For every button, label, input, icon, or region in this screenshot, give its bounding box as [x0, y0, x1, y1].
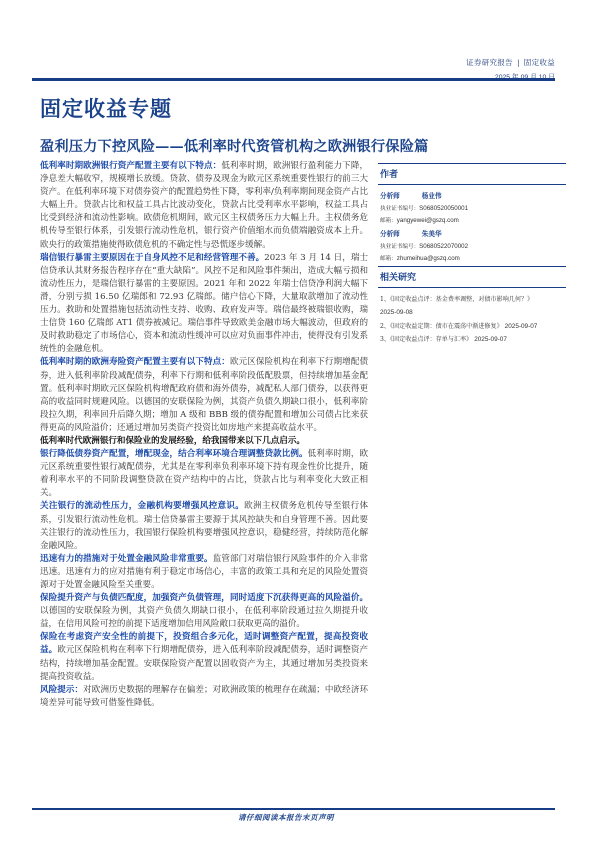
item-date: 2025-09-07: [505, 323, 538, 330]
summary-paragraph: 瑞信银行暴雷主要原因在于自身风控不足和经营管理不善。2023 年 3 月 14 …: [40, 252, 368, 357]
author-cert: 执业证书编号：S0680520050001: [380, 204, 564, 212]
paragraph-lead: 风险提示：: [40, 685, 83, 695]
header-divider: [32, 78, 555, 81]
item-index: 2、: [380, 323, 390, 330]
paragraph-text: 欧元区保险机构在利率下行期增配债券，进入低利率阶段减配债券，利率下行期和低利率阶…: [40, 357, 368, 432]
summary-paragraph: 低利率时期的欧洲寿险资产配置主要有以下特点：欧元区保险机构在利率下行期增配债券，…: [40, 356, 368, 435]
author-name-row: 分析师 朱美华: [380, 228, 564, 238]
paragraph-lead: 低利率时期的欧洲寿险资产配置主要有以下特点：: [40, 357, 230, 367]
item-title: 《固定收益点评：存单与汇率》: [390, 336, 472, 343]
cert-label: 执业证书编号：: [380, 206, 419, 212]
footer-divider: [32, 808, 555, 810]
summary-paragraph: 迅速有力的措施对于处置金融风险非常重要。监管部门对瑞信银行风险事件的介入非常迅速…: [40, 553, 368, 592]
paragraph-lead: 迅速有力的措施对于处置金融风险非常重要。: [40, 554, 213, 564]
summary-paragraph: 低利率时代欧洲银行和保险业的发展经验，给我国带来以下几点启示。: [40, 435, 368, 448]
report-type: 证券研究报告: [466, 58, 513, 67]
paragraph-lead: 瑞信银行暴雷主要原因在于自身风控不足和经营管理不善。: [40, 253, 264, 263]
cert-label: 执业证书编号：: [380, 244, 419, 250]
cert-number: S0680520050001: [419, 205, 468, 212]
related-research-item[interactable]: 2、《固定收益定期：债市在震荡中渐进修复》 2025-09-07: [380, 321, 564, 334]
related-research-item[interactable]: 1、《固定收益点评：基金费率调整，对债市影响几何？》2025-09-08: [380, 294, 564, 320]
author-name: 杨业伟: [422, 190, 442, 200]
email-link[interactable]: yangyewei@gszq.com: [397, 217, 459, 224]
summary-paragraph: 保险在考虑资产安全性的前提下，投资组合多元化，适时调整资产配置，提高投资收益。欧…: [40, 631, 368, 683]
email-link[interactable]: zhumeihua@gszq.com: [397, 255, 460, 262]
summary-paragraph: 关注银行的流动性压力，金融机构要增强风控意识。欧洲主权债务危机传导至银行体系，引…: [40, 500, 368, 552]
email-label: 邮箱：: [380, 256, 397, 262]
page-subtitle: 盈利压力下控风险——低利率时代资管机构之欧洲银行保险篇: [40, 136, 428, 156]
author-role: 分析师: [380, 190, 400, 200]
summary-paragraph: 风险提示：对欧洲历史数据的理解存在偏差；对欧洲政策的梳理存在疏漏；中欧经济环境差…: [40, 684, 368, 710]
paragraph-text: 低利率时期，欧洲银行盈利能力下降，净息差大幅收窄，规模增长放缓。贷款、债券及现金…: [40, 161, 368, 250]
item-title: 《固定收益点评：基金费率调整，对债市影响几何？》: [390, 296, 533, 303]
author-name-row: 分析师 杨业伟: [380, 190, 564, 200]
report-category: 固定收益: [524, 58, 555, 67]
item-index: 3、: [380, 336, 390, 343]
item-index: 1、: [380, 296, 390, 303]
author-cert: 执业证书编号：S0680522070002: [380, 242, 564, 250]
paragraph-lead: 保险提升资产与负债匹配度，加强资产负债管理，同时适度下沉获得更高的风险溢价。: [40, 593, 368, 603]
cert-number: S0680522070002: [419, 243, 468, 250]
sidebar: 作者 分析师 杨业伟 执业证书编号：S0680520050001 邮箱：yang…: [378, 163, 566, 348]
paragraph-text: 欧元区保险机构在利率下行期增配债券，进入低利率阶段减配债券，适时调整资产结构，持…: [40, 645, 368, 681]
paragraph-lead: 银行降低债券资产配置，增配现金，结合利率环境合理调整贷款比例。: [40, 449, 308, 459]
page-title: 固定收益专题: [40, 93, 172, 123]
author-name: 朱美华: [422, 228, 442, 238]
header-separator: |: [517, 58, 520, 67]
summary-paragraph: 低利率时期欧洲银行资产配置主要有以下特点：低利率时期，欧洲银行盈利能力下降，净息…: [40, 160, 368, 252]
related-research-heading: 相关研究: [378, 266, 566, 288]
item-title: 《固定收益定期：债市在震荡中渐进修复》: [390, 323, 503, 330]
author-card: 分析师 杨业伟 执业证书编号：S0680520050001 邮箱：yangyew…: [378, 185, 566, 262]
paragraph-text: 对欧洲历史数据的理解存在偏差；对欧洲政策的梳理存在疏漏；中欧经济环境差异可能导致…: [40, 685, 368, 708]
paragraph-lead: 低利率时代欧洲银行和保险业的发展经验，给我国带来以下几点启示。: [40, 436, 305, 446]
summary-paragraph: 保险提升资产与负债匹配度，加强资产负债管理，同时适度下沉获得更高的风险溢价。以德…: [40, 592, 368, 631]
authors-heading: 作者: [378, 163, 566, 185]
related-research-item[interactable]: 3、《固定收益点评：存单与汇率》 2025-09-07: [380, 334, 564, 347]
related-research-list: 1、《固定收益点评：基金费率调整，对债市影响几何？》2025-09-08 2、《…: [378, 288, 566, 347]
author-email: 邮箱：zhumeihua@gszq.com: [380, 254, 564, 262]
author-email: 邮箱：yangyewei@gszq.com: [380, 216, 564, 224]
paragraph-lead: 关注银行的流动性压力，金融机构要增强风控意识。: [40, 501, 244, 511]
author-role: 分析师: [380, 228, 400, 238]
summary-body: 低利率时期欧洲银行资产配置主要有以下特点：低利率时期，欧洲银行盈利能力下降，净息…: [40, 160, 368, 710]
report-type-line: 证券研究报告|固定收益: [466, 57, 555, 68]
email-label: 邮箱：: [380, 218, 397, 224]
disclaimer-note: 请仔细阅读本报告末页声明: [238, 812, 334, 823]
paragraph-lead: 低利率时期欧洲银行资产配置主要有以下特点：: [40, 161, 221, 171]
summary-paragraph: 银行降低债券资产配置，增配现金，结合利率环境合理调整贷款比例。低利率时期，欧元区…: [40, 448, 368, 500]
paragraph-text: 以德国的安联保险为例，其资产负债久期缺口很小，在低利率阶段通过拉久期提升收益，在…: [40, 606, 368, 629]
item-date: 2025-09-07: [474, 336, 507, 343]
paragraph-text: 2023 年 3 月 14 日，瑞士信贷承认其财务报告程序存在“重大缺陷”。风控…: [40, 253, 368, 355]
item-date: 2025-09-08: [380, 309, 413, 316]
